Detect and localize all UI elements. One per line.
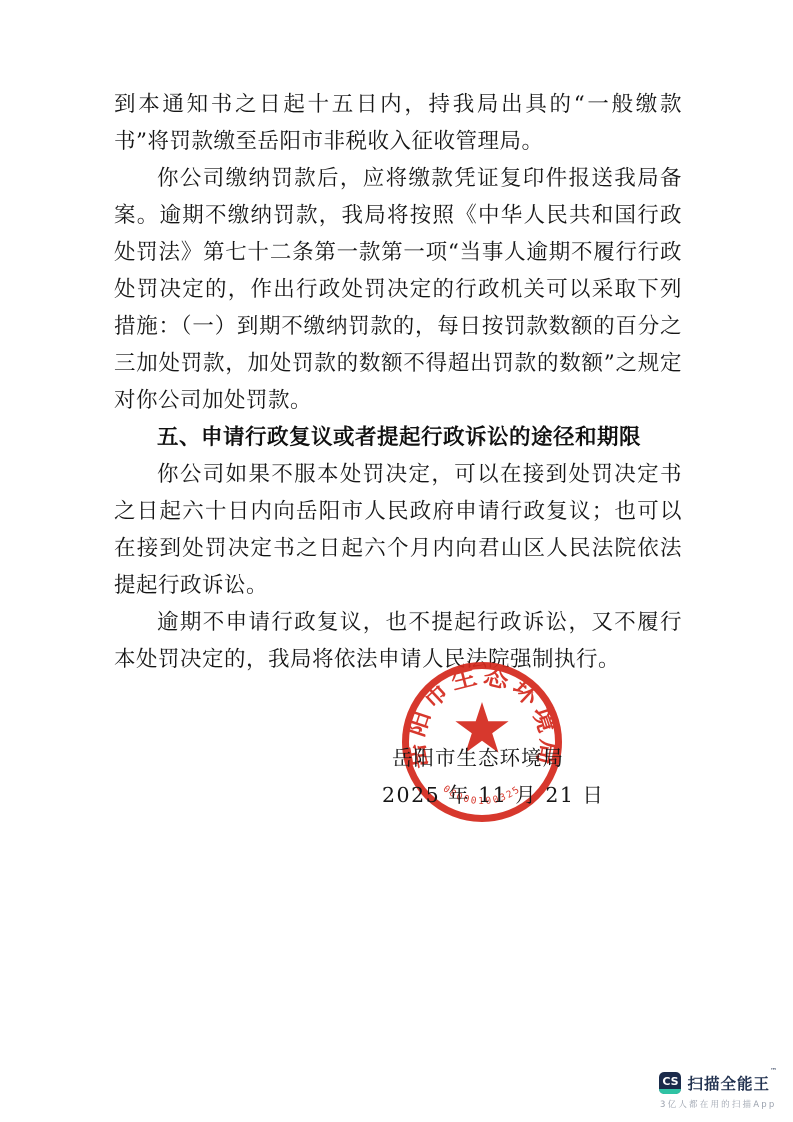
camscanner-logo-text: CS [662, 1076, 678, 1087]
watermark-tagline: 3亿人都在用的扫描App [659, 1098, 777, 1110]
watermark-app-name-group: 扫描全能王™ [687, 1072, 777, 1094]
trademark-symbol: ™ [770, 1067, 777, 1075]
document-body: 到本通知书之日起十五日内，持我局出具的“一般缴款书”将罚款缴至岳阳市非税收入征收… [114, 86, 682, 678]
signature-agency-name: 岳阳市生态环境局 [382, 741, 574, 771]
scanned-document-page: 到本通知书之日起十五日内，持我局出具的“一般缴款书”将罚款缴至岳阳市非税收入征收… [0, 0, 793, 1122]
camscanner-logo-accent [659, 1089, 681, 1094]
body-paragraph: 你公司缴纳罚款后，应将缴款凭证复印件报送我局备案。逾期不缴纳罚款，我局将按照《中… [114, 160, 682, 419]
scanner-watermark: CS 扫描全能王™ 3亿人都在用的扫描App [659, 1072, 777, 1110]
body-paragraph: 你公司如果不服本处罚决定，可以在接到处罚决定书之日起六十日内向岳阳市人民政府申请… [114, 456, 682, 604]
body-paragraph-continuation: 到本通知书之日起十五日内，持我局出具的“一般缴款书”将罚款缴至岳阳市非税收入征收… [114, 86, 682, 160]
watermark-app-name: 扫描全能王 [687, 1075, 770, 1093]
section-heading: 五、申请行政复议或者提起行政诉讼的途径和期限 [114, 419, 682, 456]
signature-date: 2025 年 11 月 21 日 [382, 778, 574, 808]
camscanner-logo-icon: CS [659, 1072, 681, 1094]
